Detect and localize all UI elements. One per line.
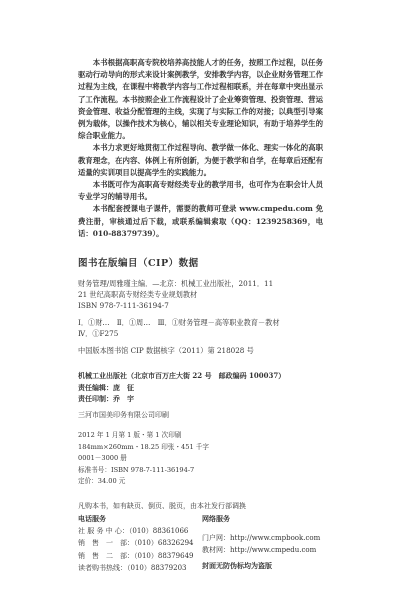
- publisher-section: 机械工业出版社（北京市百万庄大街 22 号 邮政编码 100037） 责任编辑：…: [78, 370, 285, 421]
- phone-item: 社 服 务 中 心：（010）88361066: [78, 525, 202, 537]
- copies-info: 0001－3000 册: [78, 453, 209, 465]
- cip-section: 图书在版编目（CIP）数据 财务管理/周雅瑾主编．—北京：机械工业出版社，201…: [78, 255, 328, 356]
- responsible-printing: 责任印制：乔 宇: [78, 393, 285, 405]
- phone-item: 销 售 一 部：（010）68326294: [78, 537, 202, 549]
- cip-line: 21 世纪高职高专财经类专业规划教材: [78, 289, 328, 300]
- responsible-editor: 责任编辑：庞 征: [78, 382, 285, 394]
- cip-classification: Ⅳ．①F275: [78, 328, 328, 339]
- cip-classification: Ⅰ．①财… Ⅱ．①周… Ⅲ．①财务管理－高等职业教育－教材: [78, 317, 328, 328]
- return-notice: 凡购本书，如有缺页、倒页、脱页，由本社发行部调换: [78, 500, 328, 512]
- web-link[interactable]: 门户网：http://www.cmpbook.com: [202, 532, 328, 544]
- cip-record: 中国版本图书馆 CIP 数据核字（2011）第 218028 号: [78, 345, 328, 356]
- anti-counterfeit-notice: 封面无防伪标均为盗版: [202, 560, 328, 572]
- printing-section: 2012 年 1 月第 1 版・第 1 次印刷 184mm×260mm・18.2…: [78, 430, 209, 488]
- phone-item: 销 售 二 部：（010）88379649: [78, 550, 202, 562]
- intro-paragraph: 本书既可作为高职高专财经类专业的教学用书，也可作为在职会计人员专业学习的辅导用书…: [78, 179, 323, 203]
- service-section: 凡购本书，如有缺页、倒页、脱页，由本社发行部调换 电话服务 社 服 务 中 心：…: [78, 500, 328, 574]
- printer-name: 三河市国美印务有限公司印刷: [78, 410, 285, 422]
- phone-service-heading: 电话服务: [78, 513, 202, 525]
- web-service: 网络服务 门户网：http://www.cmpbook.com 教材网：http…: [202, 513, 328, 574]
- cip-line: 财务管理/周雅瑾主编．—北京：机械工业出版社，2011．11: [78, 278, 328, 289]
- intro-paragraph: 本书配套授课电子课件，需要的教师可登录 www.cmpedu.com 免费注册，…: [78, 203, 323, 240]
- copyright-page: 本书根据高职高专院校培养高技能人才的任务，按照工作过程，以任务驱动行动导向的形式…: [0, 0, 401, 600]
- web-link[interactable]: 教材网：http://www.cmpedu.com: [202, 544, 328, 556]
- publisher-name: 机械工业出版社（北京市百万庄大街 22 号 邮政编码 100037）: [78, 370, 285, 382]
- price-info: 定价：34.00 元: [78, 476, 209, 488]
- phone-service: 电话服务 社 服 务 中 心：（010）88361066 销 售 一 部：（01…: [78, 513, 202, 574]
- intro-paragraph: 本书力求更好地贯彻工作过程导向、教学做一体化、理实一体化的高职教育理念，在内容、…: [78, 142, 323, 179]
- intro-section: 本书根据高职高专院校培养高技能人才的任务，按照工作过程，以任务驱动行动导向的形式…: [78, 57, 323, 240]
- format-info: 184mm×260mm・18.25 印张・451 千字: [78, 442, 209, 454]
- intro-paragraph: 本书根据高职高专院校培养高技能人才的任务，按照工作过程，以任务驱动行动导向的形式…: [78, 57, 323, 142]
- isbn-info: 标准书号：ISBN 978-7-111-36194-7: [78, 465, 209, 477]
- phone-item: 读者购书热线：（010）88379203: [78, 562, 202, 574]
- web-service-heading: 网络服务: [202, 513, 328, 525]
- cip-title: 图书在版编目（CIP）数据: [78, 255, 328, 269]
- cip-isbn: ISBN 978-7-111-36194-7: [78, 300, 328, 311]
- edition-info: 2012 年 1 月第 1 版・第 1 次印刷: [78, 430, 209, 442]
